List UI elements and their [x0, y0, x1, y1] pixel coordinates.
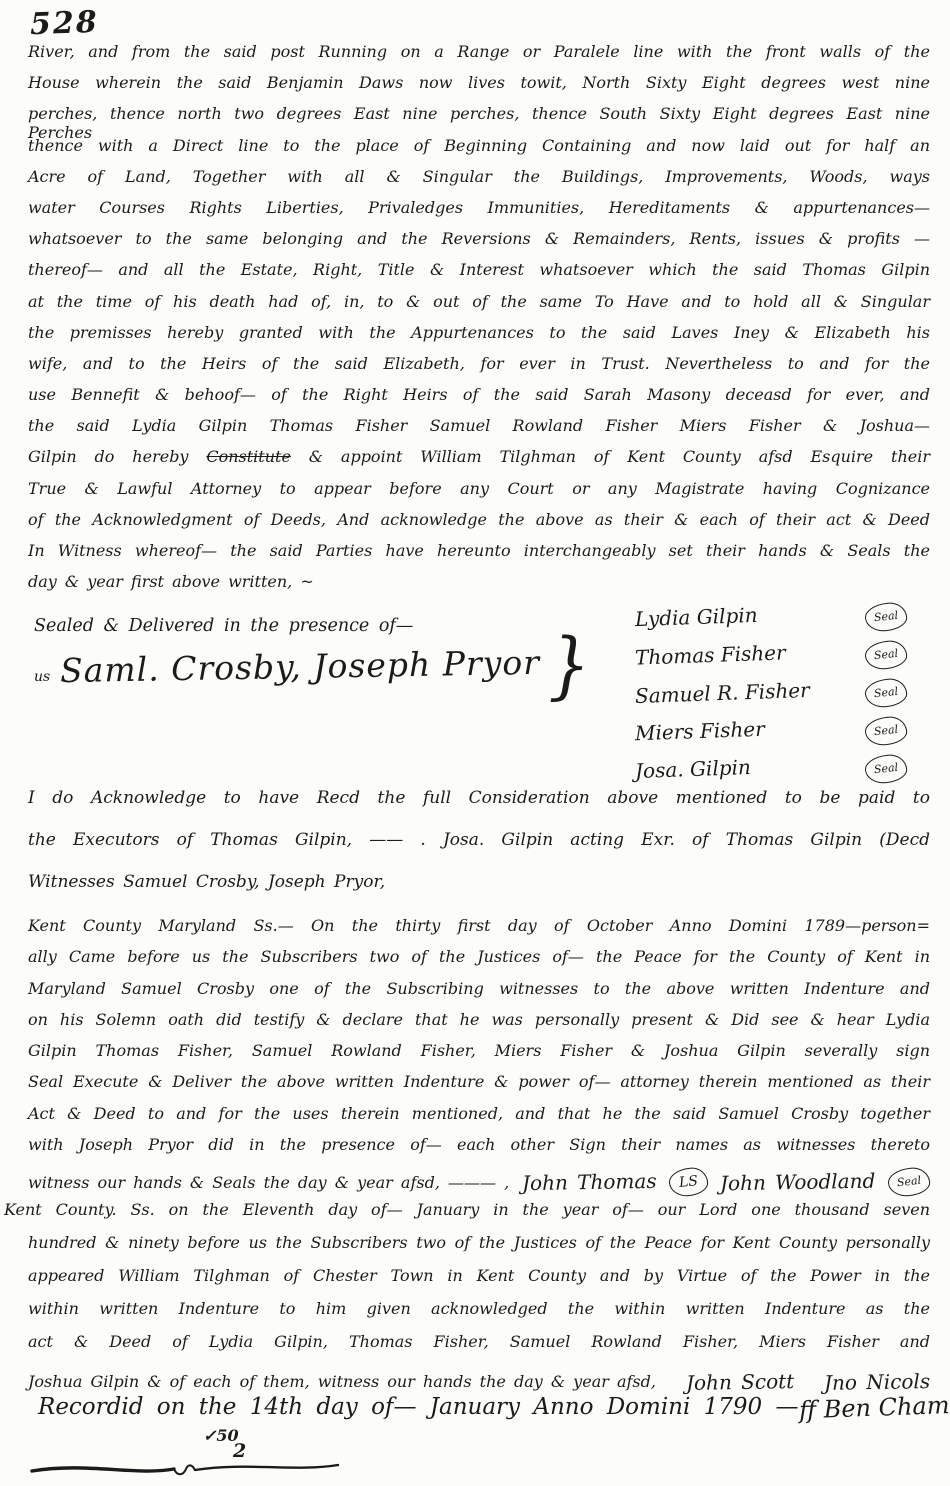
ack-line: Gilpin Thomas Fisher, Samuel Rowland Fis…: [28, 1041, 930, 1072]
ack-line: appeared William Tilghman of Chester Tow…: [28, 1266, 930, 1299]
seal: Seal: [864, 601, 909, 633]
ack-line: Kent County. Ss. on the Eleventh day of—…: [4, 1200, 930, 1233]
deed-record-page: 528 River, and from the said post Runnin…: [0, 0, 950, 1486]
signature-block: Lydia Gilpin Seal Thomas Fisher Seal Sam…: [635, 598, 907, 788]
deed-line: thereof— and all the Estate, Right, Titl…: [28, 260, 930, 291]
signature-row: Lydia Gilpin Seal: [635, 598, 907, 636]
struck-word: Constitute: [206, 447, 291, 466]
october-acknowledgment: Kent County Maryland Ss.— On the thirty …: [28, 916, 930, 1198]
seal: Seal: [864, 753, 909, 785]
witness-signature: Saml. Crosby, Joseph Pryor: [60, 643, 541, 690]
deed-line: at the time of his death had of, in, to …: [28, 292, 930, 323]
january-acknowledgment: Kent County. Ss. on the Eleventh day of—…: [28, 1200, 930, 1398]
witness-signature-row: us Saml. Crosby, Joseph Pryor }: [34, 640, 634, 693]
signature-row: Thomas Fisher Seal: [635, 636, 907, 674]
ack-line: hundred & ninety before us the Subscribe…: [28, 1233, 930, 1266]
justice-signature: John Scott: [686, 1369, 795, 1395]
witness-attestation: Sealed & Delivered in the presence of— u…: [34, 616, 634, 693]
justice-signature: Jno Nicols: [824, 1369, 931, 1395]
ack-line: Kent County Maryland Ss.— On the thirty …: [28, 916, 930, 947]
recorded-line: Recordid on the 14th day of— January Ann…: [38, 1392, 930, 1420]
deed-line-with-strikethrough: Gilpin do hereby Constitute & appoint Wi…: [28, 447, 930, 478]
deed-line: use Bennefit & behoof— of the Right Heir…: [28, 385, 930, 416]
seal: Seal: [864, 639, 909, 671]
deed-body-paragraph: River, and from the said post Running on…: [28, 42, 930, 603]
deed-line: Acre of Land, Together with all & Singul…: [28, 167, 930, 198]
deed-line: whatsoever to the same belonging and the…: [28, 229, 930, 260]
seal: Seal: [864, 715, 909, 747]
ack-line: Maryland Samuel Crosby one of the Subscr…: [28, 979, 930, 1010]
signatory-name: Samuel R. Fisher: [635, 678, 810, 708]
signature-row: Josa. Gilpin Seal: [635, 750, 907, 788]
receipt-line: I do Acknowledge to have Recd the full C…: [28, 788, 930, 830]
witness-prefix: us: [34, 669, 50, 685]
signatory-name: Lydia Gilpin: [635, 603, 758, 631]
ack-line: on his Solemn oath did testify & declare…: [28, 1010, 930, 1041]
page-number: 528: [29, 5, 99, 42]
deed-line: thence with a Direct line to the place o…: [28, 136, 930, 167]
signature-row: Miers Fisher Seal: [635, 712, 907, 750]
ack-line-text: Joshua Gilpin & of each of them, witness…: [28, 1372, 656, 1391]
signatory-name: Thomas Fisher: [635, 640, 786, 669]
deed-line: of the Acknowledgment of Deeds, And ackn…: [28, 510, 930, 541]
ack-line: Act & Deed to and for the uses therein m…: [28, 1104, 930, 1135]
attestation-presence-line: Sealed & Delivered in the presence of—: [34, 616, 634, 636]
deed-line: True & Lawful Attorney to appear before …: [28, 479, 930, 510]
ack-line: within written Indenture to him given ac…: [28, 1299, 930, 1332]
receipt-paragraph: I do Acknowledge to have Recd the full C…: [28, 788, 930, 914]
ack-line: with Joseph Pryor did in the presence of…: [28, 1135, 930, 1166]
ack-line: Seal Execute & Deliver the above written…: [28, 1072, 930, 1103]
deed-line: perches, thence north two degrees East n…: [28, 104, 930, 135]
justice-signature: John Woodland: [720, 1169, 876, 1196]
deed-line-text: & appoint William Tilghman of Kent Count…: [291, 447, 930, 466]
deed-line: wife, and to the Heirs of the said Eliza…: [28, 354, 930, 385]
signatory-name: Josa. Gilpin: [635, 755, 752, 783]
deed-line: In Witness whereof— the said Parties hav…: [28, 541, 930, 572]
deed-line: water Courses Rights Liberties, Privaled…: [28, 198, 930, 229]
ls-seal: LS: [667, 1166, 709, 1198]
deed-line: the said Lydia Gilpin Thomas Fisher Samu…: [28, 416, 930, 447]
deed-line-text: Gilpin do hereby: [28, 447, 206, 466]
justices-signature-line: witness our hands & Seals the day & year…: [28, 1166, 930, 1197]
deed-line: River, and from the said post Running on…: [28, 42, 930, 73]
signatory-name: Miers Fisher: [635, 717, 765, 746]
check-mark: ✓: [203, 1426, 216, 1445]
recorded-text: Recordid on the 14th day of— January Ann…: [38, 1394, 799, 1420]
seal: Seal: [886, 1166, 931, 1198]
deed-line: the premisses hereby granted with the Ap…: [28, 323, 930, 354]
receipt-line: the Executors of Thomas Gilpin, —— . Jos…: [28, 830, 930, 872]
receipt-line: Witnesses Samuel Crosby, Joseph Pryor,: [28, 872, 930, 914]
ack-line: ally Came before us the Subscribers two …: [28, 947, 930, 978]
signature-row: Samuel R. Fisher Seal: [635, 674, 907, 712]
flourish-underline: [26, 1452, 346, 1482]
justice-signature: John Thomas: [521, 1169, 656, 1195]
seal: Seal: [864, 677, 909, 709]
clerk-signature: ff Ben Chambers Clk: [798, 1388, 950, 1425]
deed-line: House wherein the said Benjamin Daws now…: [28, 73, 930, 104]
closing-brace: }: [548, 637, 590, 695]
ack-line-text: witness our hands & Seals the day & year…: [28, 1173, 509, 1192]
ack-line: act & Deed of Lydia Gilpin, Thomas Fishe…: [28, 1332, 930, 1365]
